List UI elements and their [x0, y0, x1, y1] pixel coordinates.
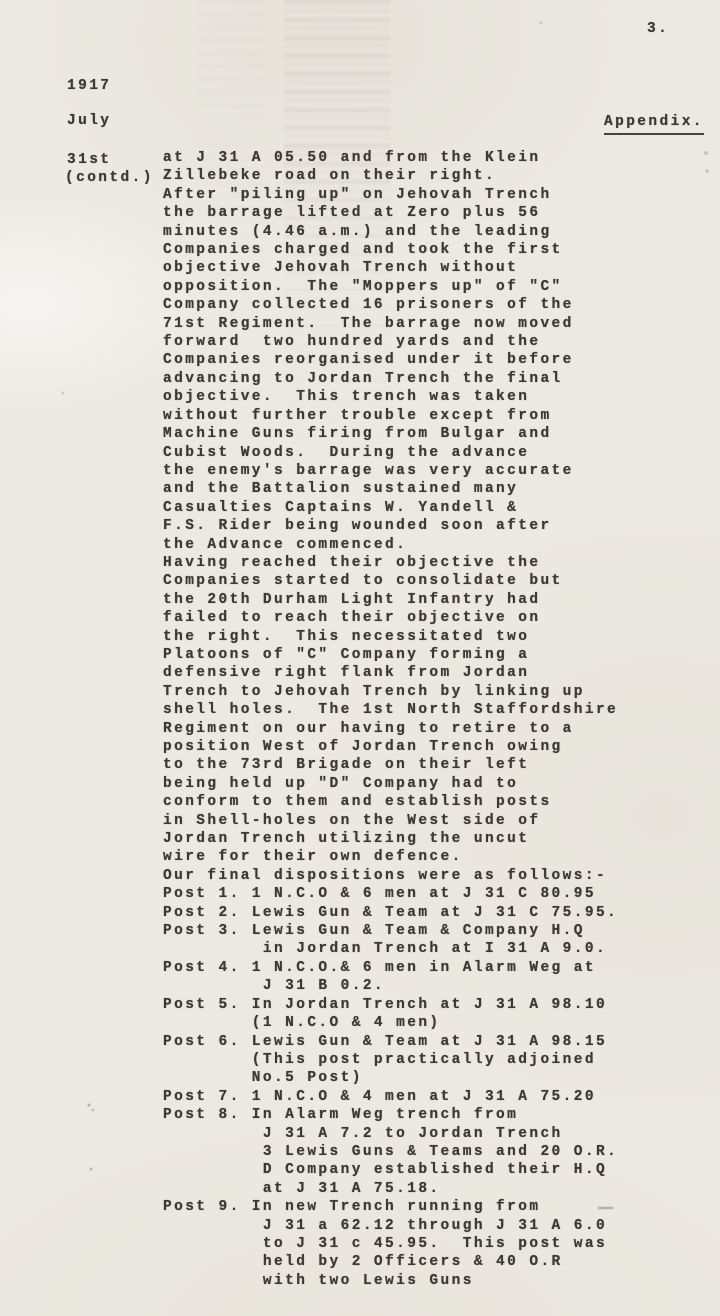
year-label: 1917 [67, 77, 111, 95]
margin-note-day: 31st [67, 151, 111, 169]
paper-specks [0, 0, 2, 2]
body-text: at J 31 A 05.50 and from the Klein Zille… [163, 149, 618, 1290]
document-page: 3. 1917 July Appendix. 31st (contd.) at … [0, 0, 720, 1316]
stray-pencil-mark [598, 1207, 613, 1209]
margin-note-contd: (contd.) [65, 169, 154, 187]
appendix-heading: Appendix. [604, 113, 704, 135]
page-number: 3. [647, 20, 669, 38]
month-label: July [67, 112, 111, 130]
